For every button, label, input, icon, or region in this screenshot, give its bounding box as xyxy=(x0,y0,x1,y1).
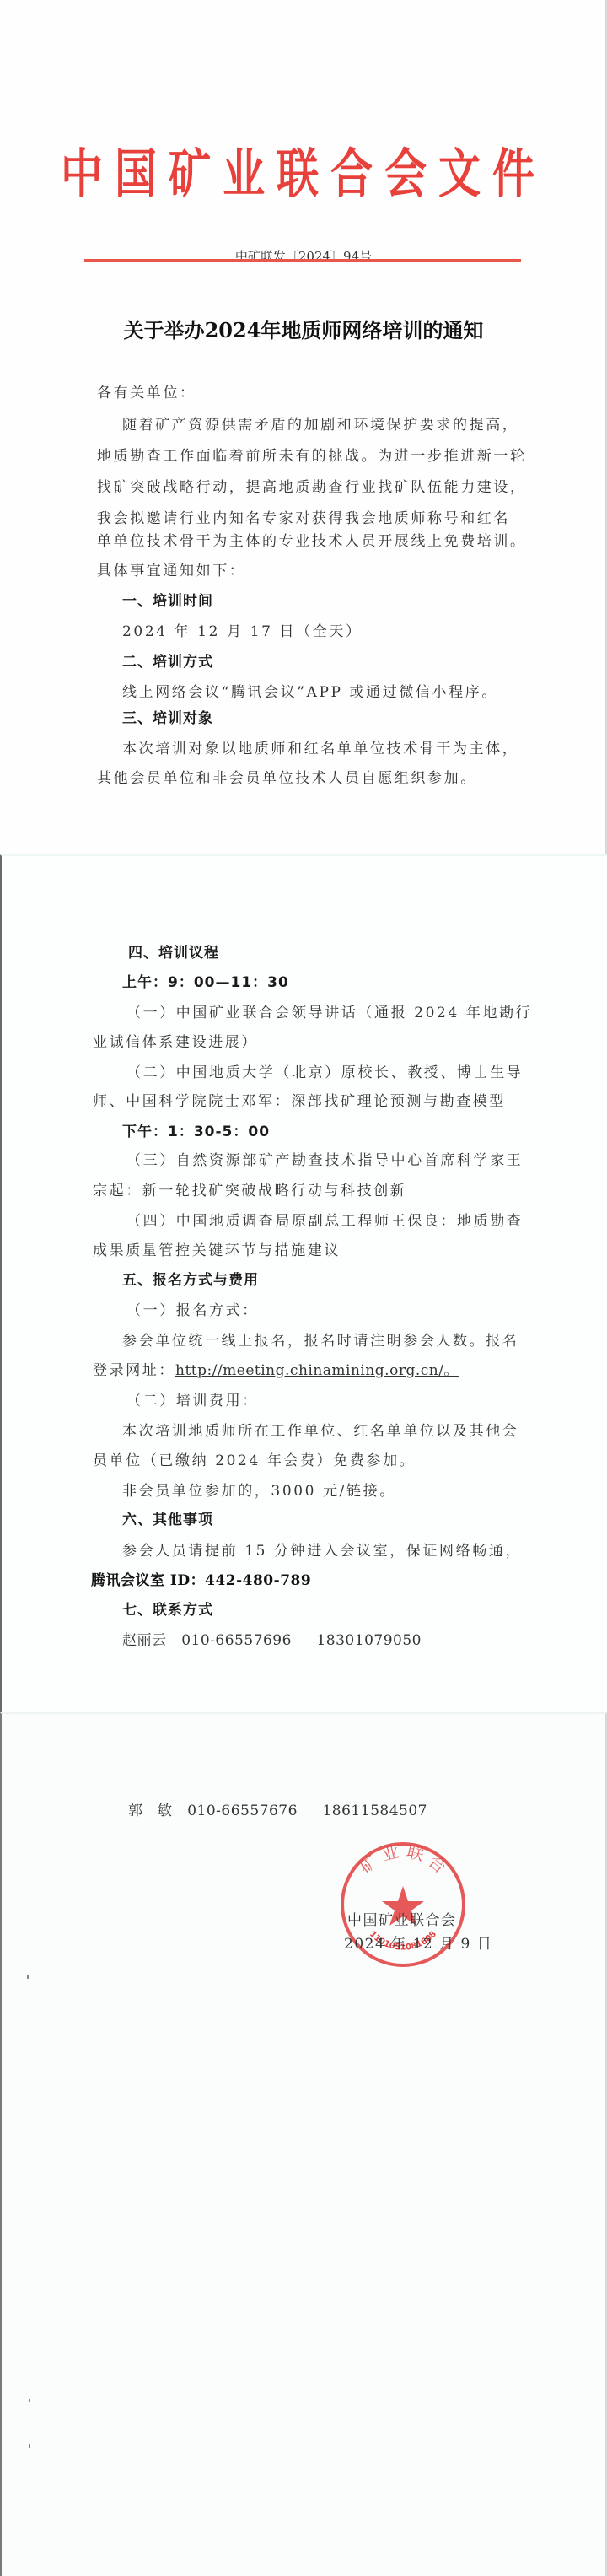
document-page-1: 中国矿业联合会文件 中矿联发〔2024〕94号 关于举办2024年地质师网络培训… xyxy=(0,0,607,854)
agenda-item-2-cont: 师、中国科学院院士邓军：深部找矿理论预测与勘查模型 xyxy=(93,1089,506,1110)
scan-speck xyxy=(29,2444,30,2448)
other-line: 参会人员请提前 15 分钟进入会议室，保证网络畅通， xyxy=(122,1539,522,1560)
contact-phone: 010-66557676 xyxy=(187,1803,298,1819)
fee-nonmember: 非会员单位参加的，3000 元/链接。 xyxy=(122,1479,396,1500)
contact-name: 赵丽云 xyxy=(122,1632,167,1649)
section-heading-other: 六、其他事项 xyxy=(122,1507,213,1528)
contact-name: 郭 敏 xyxy=(128,1803,173,1819)
agenda-morning: 上午：9：00—11：30 xyxy=(122,970,289,991)
registration-url-link[interactable]: http://meeting.chinamining.org.cn/。 xyxy=(175,1362,459,1379)
registration-subheading: （一）报名方式： xyxy=(126,1298,259,1319)
audience-line: 本次培训对象以地质师和红名单单位技术骨干为主体， xyxy=(122,736,518,757)
signature-date: 2024 年 12 月 9 日 xyxy=(344,1932,492,1953)
agenda-item-3-cont: 宗起：新一轮找矿突破战略行动与科技创新 xyxy=(93,1178,406,1199)
masthead-title: 中国矿业联合会文件 xyxy=(0,132,607,207)
agenda-item-2: （二）中国地质大学（北京）原校长、教授、博士生导 xyxy=(126,1060,523,1081)
section-heading-audience: 三、培训对象 xyxy=(122,706,213,727)
contact-row: 赵丽云 010-66557696 18301079050 xyxy=(122,1628,422,1649)
intro-line: 具体事宜通知如下： xyxy=(97,558,245,579)
contact-mobile: 18301079050 xyxy=(316,1632,421,1649)
agenda-item-1: （一）中国矿业联合会领导讲话（通报 2024 年地勘行 xyxy=(126,1000,532,1021)
section-heading-time: 一、培训时间 xyxy=(122,589,213,610)
section-heading-method: 二、培训方式 xyxy=(122,649,213,671)
contact-row: 郭 敏 010-66557676 18611584507 xyxy=(128,1798,427,1819)
salutation: 各有关单位： xyxy=(97,380,196,401)
agenda-item-3: （三）自然资源部矿产勘查技术指导中心首席科学家王 xyxy=(126,1148,523,1169)
intro-line: 单单位技术骨干为主体的专业技术人员开展线上免费培训。 xyxy=(97,529,527,550)
registration-url-line: 登录网址：http://meeting.chinamining.org.cn/。 xyxy=(93,1358,459,1379)
fee-line: 本次培训地质师所在工作单位、红名单单位以及其他会 xyxy=(122,1419,518,1440)
seal-top-text: 矿 业 联 合 xyxy=(356,1841,451,1878)
section-heading-contact: 七、联系方式 xyxy=(122,1598,213,1619)
agenda-item-4: （四）中国地质调查局原副总工程师王保良：地质勘查 xyxy=(126,1209,523,1230)
registration-url-label: 登录网址： xyxy=(93,1362,175,1379)
document-page-2: 四、培训议程 上午：9：00—11：30 （一）中国矿业联合会领导讲话（通报 2… xyxy=(0,854,607,1712)
fee-line-cont: 员单位（已缴纳 2024 年会费）免费参加。 xyxy=(93,1448,416,1469)
audience-line: 其他会员单位和非会员单位技术人员自愿组织参加。 xyxy=(97,766,477,787)
section-heading-agenda: 四、培训议程 xyxy=(128,940,219,962)
training-date: 2024 年 12 月 17 日（全天） xyxy=(122,619,363,640)
svg-text:矿 业 联 合: 矿 业 联 合 xyxy=(356,1841,451,1878)
contact-mobile: 18611584507 xyxy=(322,1803,427,1819)
scan-speck xyxy=(29,2399,30,2402)
agenda-item-4-cont: 成果质量管控关键环节与措施建议 xyxy=(93,1238,341,1259)
intro-line: 随着矿产资源供需矛盾的加剧和环境保护要求的提高， xyxy=(122,412,518,434)
document-page-3: 郭 敏 010-66557676 18611584507 xyxy=(0,1712,607,2576)
registration-line: 参会单位统一线上报名，报名时请注明参会人数。报名 xyxy=(122,1328,518,1350)
intro-line: 我会拟邀请行业内知名专家对获得我会地质师称号和红名 xyxy=(97,506,510,527)
contact-phone: 010-66557696 xyxy=(181,1632,292,1649)
scan-speck xyxy=(27,1975,29,1979)
notice-title: 关于举办2024年地质师网络培训的通知 xyxy=(0,314,607,343)
intro-line: 地质勘查工作面临着前所未有的挑战。为进一步推进新一轮 xyxy=(97,444,527,465)
section-heading-registration: 五、报名方式与费用 xyxy=(122,1268,259,1289)
agenda-item-1-cont: 业诚信体系建设进展） xyxy=(93,1030,258,1051)
red-divider-rule xyxy=(84,259,521,262)
meeting-room-id: 腾讯会议室 ID：442-480-789 xyxy=(91,1568,311,1589)
fee-subheading: （二）培训费用： xyxy=(126,1388,259,1409)
training-method: 线上网络会议“腾讯会议”APP 或通过微信小程序。 xyxy=(122,680,498,701)
signature-organization: 中国矿业联合会 xyxy=(347,1908,457,1929)
agenda-afternoon: 下午：1：30-5：00 xyxy=(122,1119,270,1140)
intro-line: 找矿突破战略行动，提高地质勘查行业找矿队伍能力建设， xyxy=(97,475,527,496)
